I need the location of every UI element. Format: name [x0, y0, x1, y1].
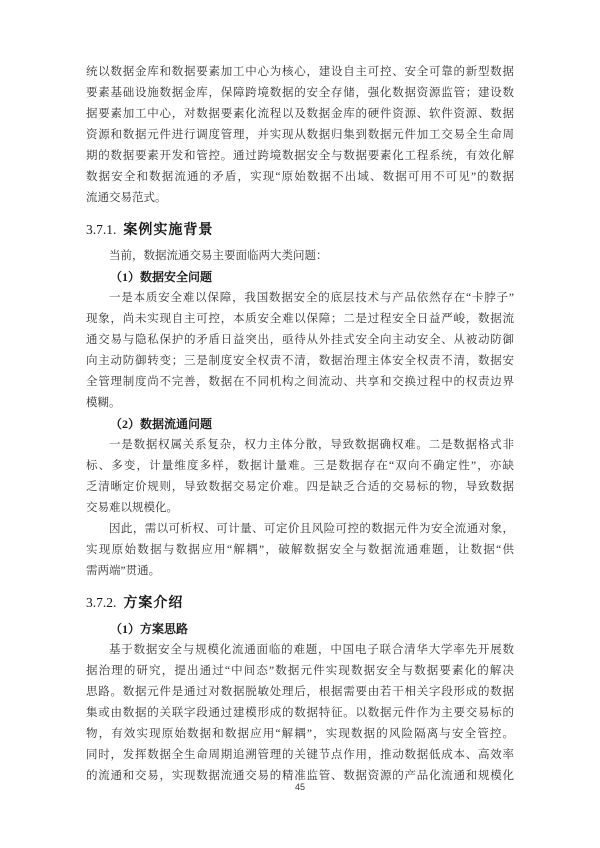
subheading-data-circulation-problem: （2）数据流通问题	[86, 414, 514, 435]
text-line: 同时，发挥数据全生命周期追溯管理的关键节点作用，推动数据低成本、高效率	[86, 745, 514, 766]
text-line: 基于数据安全与规模化流通面临的难题，中国电子联合清华大学率先开展数	[86, 640, 514, 661]
text-line: 现象，尚未实现自主可控，本质安全难以保障；二是过程安全日益严峻，数据流	[86, 309, 514, 330]
text-line: 实现原始数据与数据应用“解耦”，破解数据安全与数据流通难题，让数据“供	[86, 540, 514, 561]
text-line: 向主动防御转变；三是制度安全权责不清，数据治理主体安全权责不清，数据安	[86, 351, 514, 372]
paragraph-data-security: 一是本质安全难以保障，我国数据安全的底层技术与产品依然存在“卡脖子” 现象，尚未…	[86, 288, 514, 414]
paragraph-data-circulation: 一是数据权属关系复杂，权力主体分散，导致数据确权难。二是数据格式非 标、多变，计…	[86, 435, 514, 519]
section-heading-3-7-2: 3.7.2.方案介绍	[86, 592, 514, 613]
paragraph-intro: 当前，数据流通交易主要面临两大类问题：	[86, 246, 514, 267]
text-line: 一是数据权属关系复杂，权力主体分散，导致数据确权难。二是数据格式非	[86, 435, 514, 456]
text-line: 通交易与隐私保护的矛盾日益突出，亟待从外挂式安全向主动安全、从被动防御	[86, 330, 514, 351]
subheading-solution-approach: （1）方案思路	[86, 619, 514, 640]
section-number: 3.7.2.	[86, 595, 116, 610]
text-line: 要素基础设施数据金库，保障跨境数据的安全存储，强化数据资源监管；建设数	[86, 83, 514, 104]
text-line: 需两端”贯通。	[86, 561, 514, 582]
section-heading-3-7-1: 3.7.1.案例实施背景	[86, 219, 514, 240]
text-line: 据治理的研究，提出通过“中间态”数据元件实现数据安全与数据要素化的解决	[86, 661, 514, 682]
document-page: 统以数据金库和数据要素加工中心为核心，建设自主可控、安全可靠的新型数据 要素基础…	[0, 0, 600, 848]
text-line: 全管理制度尚不完善，数据在不同机构之间流动、共享和交换过程中的权责边界	[86, 372, 514, 393]
text-line: 数据安全和数据流通的矛盾，实现“原始数据不出域、数据可用不可见”的数据	[86, 167, 514, 188]
text-line: 标、多变，计量维度多样，数据计量难。三是数据存在“双向不确定性”，亦缺	[86, 456, 514, 477]
subheading-data-security-problem: （1）数据安全问题	[86, 267, 514, 288]
text-line: 一是本质安全难以保障，我国数据安全的底层技术与产品依然存在“卡脖子”	[86, 288, 514, 309]
text-line: 思路。数据元件是通过对数据脱敏处理后，根据需要由若干相关字段形成的数据	[86, 682, 514, 703]
text-line: 流通交易范式。	[86, 188, 514, 209]
paragraph-overflow: 统以数据金库和数据要素加工中心为核心，建设自主可控、安全可靠的新型数据 要素基础…	[86, 62, 514, 209]
text-line: 交易难以规模化。	[86, 498, 514, 519]
text-line: 据要素加工中心，对数据要素化流程以及数据金库的硬件资源、软件资源、数据	[86, 104, 514, 125]
section-title: 方案介绍	[123, 594, 183, 610]
paragraph-conclusion: 因此，需以可析权、可计量、可定价且风险可控的数据元件为安全流通对象， 实现原始数…	[86, 519, 514, 582]
paragraph-solution-approach: 基于数据安全与规模化流通面临的难题，中国电子联合清华大学率先开展数 据治理的研究…	[86, 640, 514, 787]
text-line: 统以数据金库和数据要素加工中心为核心，建设自主可控、安全可靠的新型数据	[86, 62, 514, 83]
text-line: 集或由数据的关联字段通过建模形成的数据特征。以数据元件作为主要交易标的	[86, 703, 514, 724]
text-line: 资源和数据元件进行调度管理，并实现从数据归集到数据元件加工交易全生命周	[86, 125, 514, 146]
page-content: 统以数据金库和数据要素加工中心为核心，建设自主可控、安全可靠的新型数据 要素基础…	[0, 0, 600, 787]
section-number: 3.7.1.	[86, 222, 116, 237]
section-title: 案例实施背景	[123, 221, 213, 237]
page-number: 45	[0, 782, 600, 792]
text-line: 物，有效实现原始数据和数据应用“解耦”，实现数据的风险隔离与安全管控。	[86, 724, 514, 745]
text-line: 乏清晰定价规则，导致数据交易定价难。四是缺乏合适的交易标的物，导致数据	[86, 477, 514, 498]
text-line: 期的数据要素开发和管控。通过跨境数据安全与数据要素化工程系统，有效化解	[86, 146, 514, 167]
text-line: 模糊。	[86, 393, 514, 414]
text-line: 因此，需以可析权、可计量、可定价且风险可控的数据元件为安全流通对象，	[86, 519, 514, 540]
